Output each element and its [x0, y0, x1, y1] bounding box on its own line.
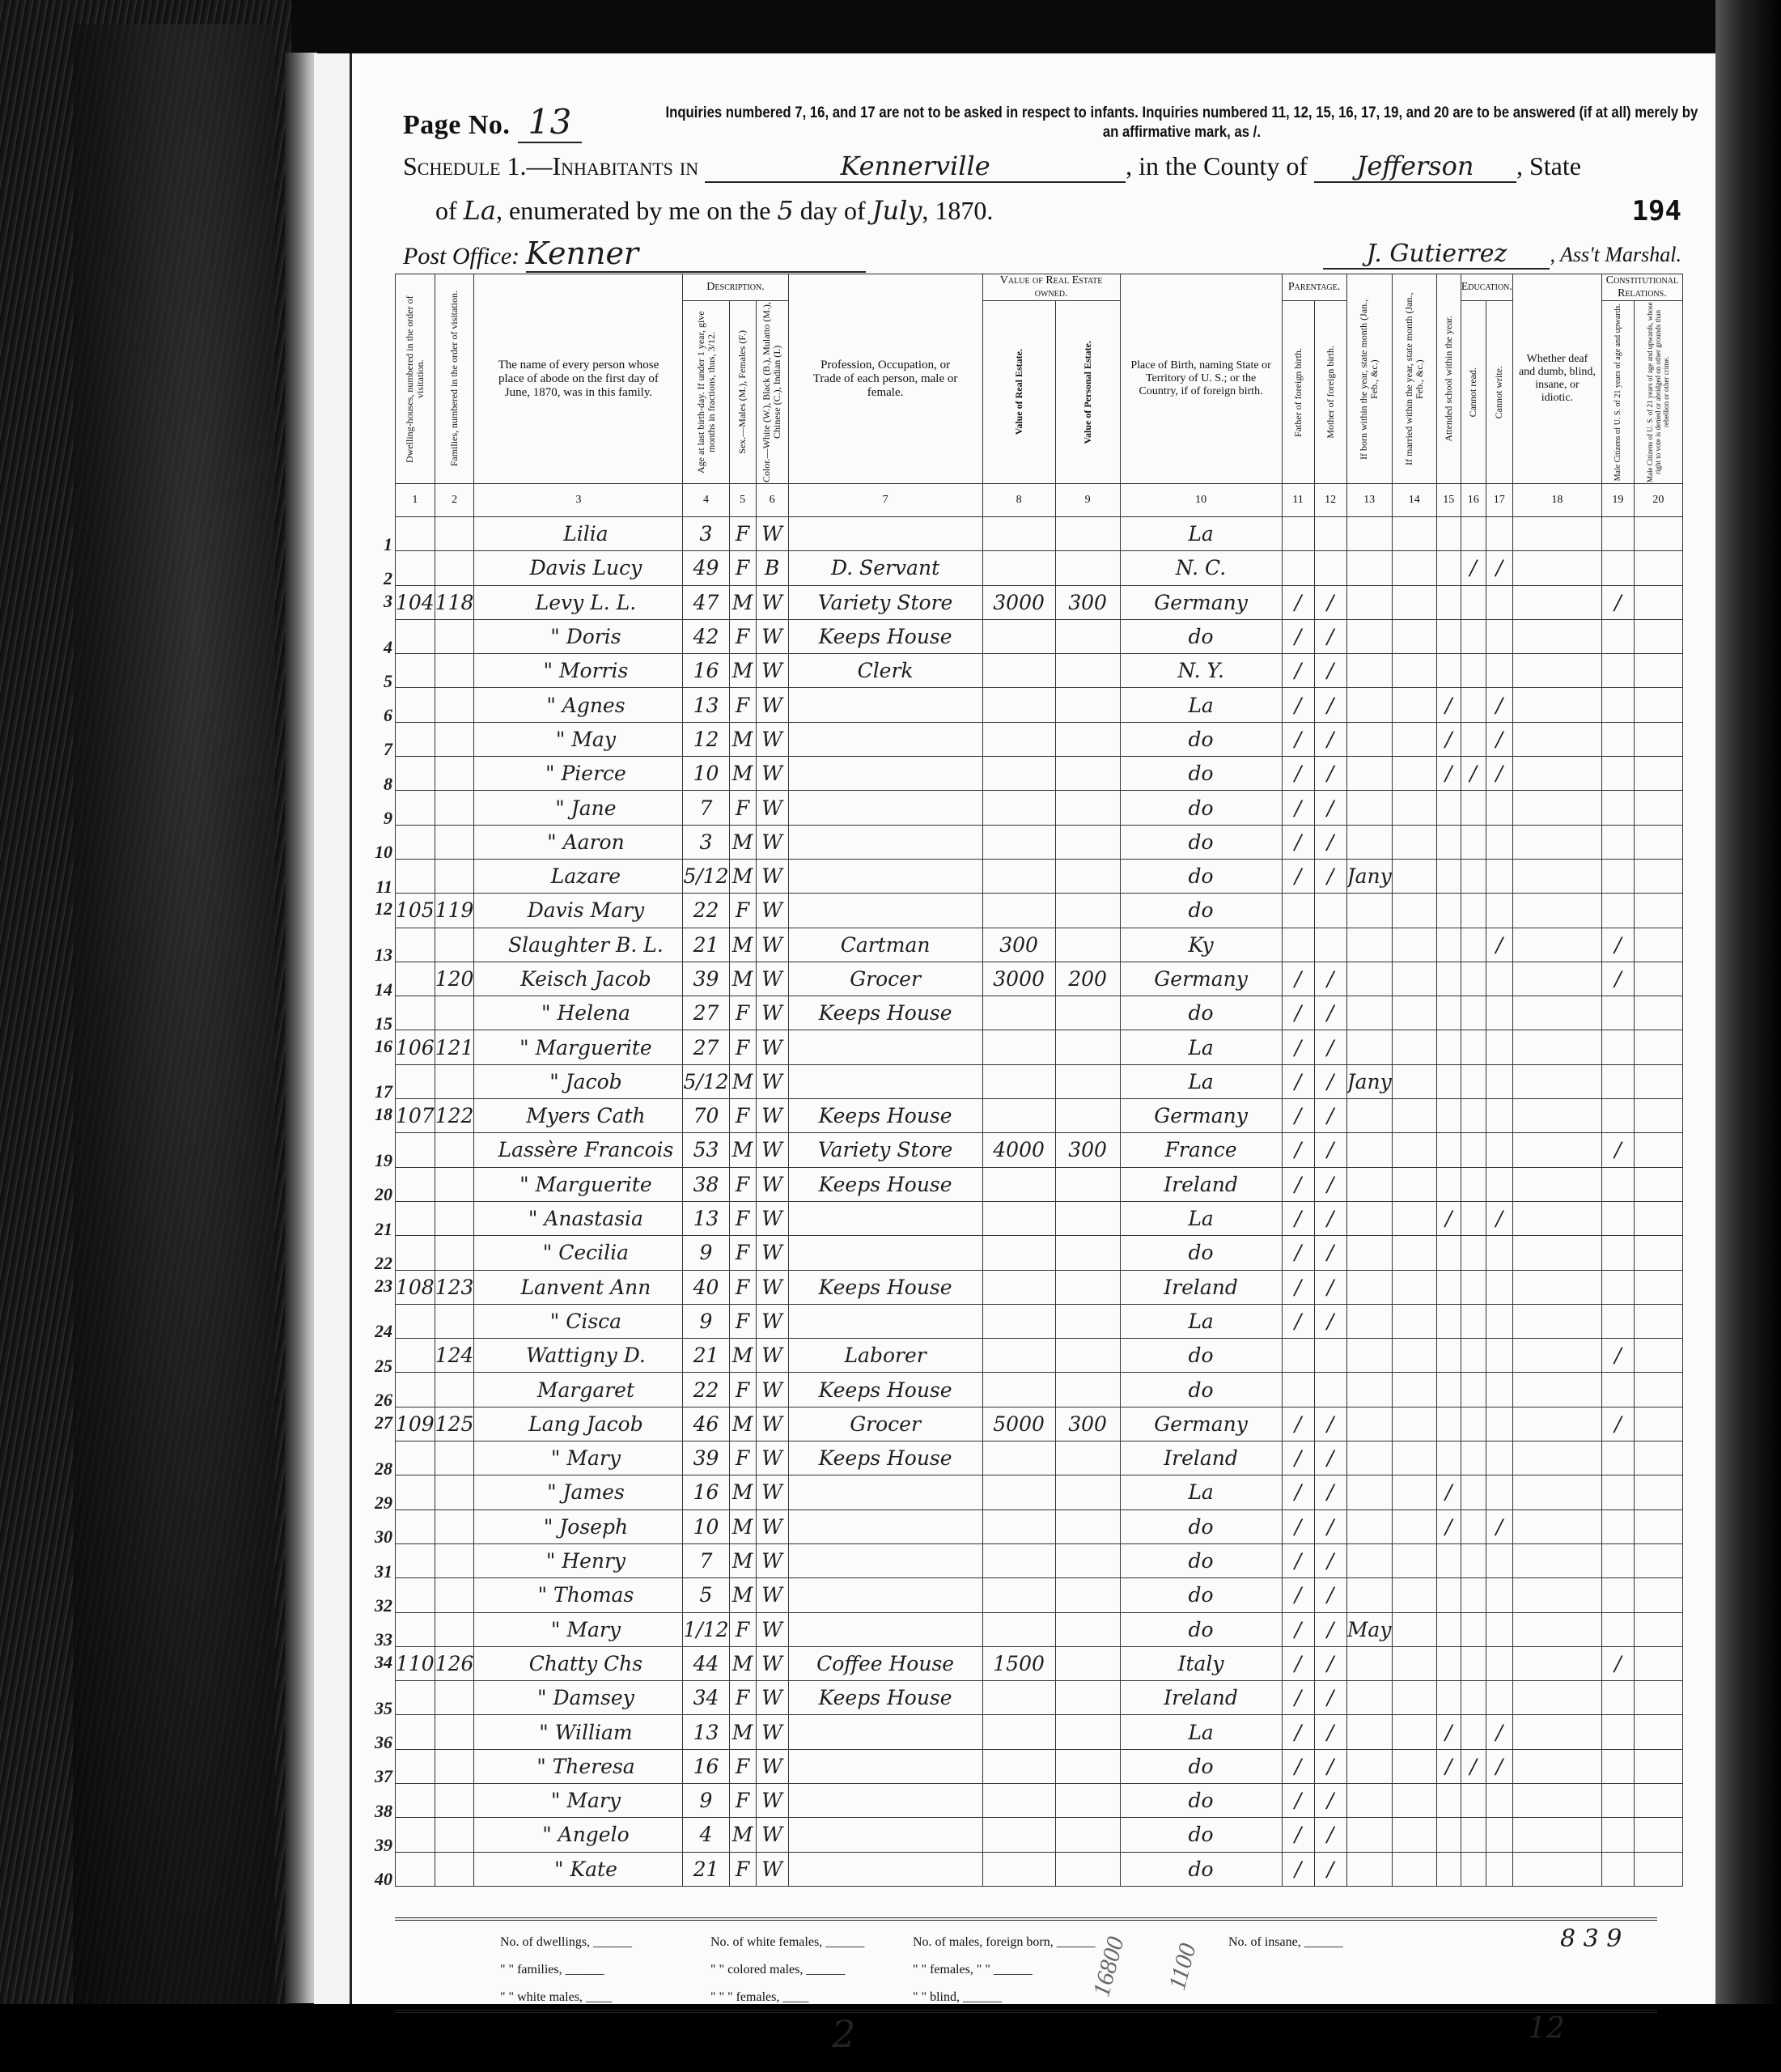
sex-cell: M [729, 722, 756, 756]
occupation-cell [788, 1749, 982, 1783]
personal-estate-value-cell [1055, 1818, 1120, 1852]
age-cell: 40 [683, 1270, 729, 1304]
disability-cell [1512, 688, 1601, 722]
vote-denied-cell [1634, 825, 1682, 859]
occupation-cell: Keeps House [788, 1373, 982, 1407]
column-number: 9 [1055, 484, 1120, 517]
disability-cell [1512, 517, 1601, 551]
color-cell: W [756, 619, 788, 653]
birthplace-cell: do [1120, 619, 1282, 653]
cannot-read-cell [1461, 1715, 1486, 1749]
occupation-cell [788, 722, 982, 756]
cannot-write-cell [1486, 1818, 1512, 1852]
born-within-year-cell [1346, 1475, 1392, 1509]
personal-estate-value-cell [1055, 1509, 1120, 1543]
group-header-parentage: Parentage. [1282, 274, 1346, 301]
disability-cell [1512, 722, 1601, 756]
disability-cell [1512, 1509, 1601, 1543]
family-number-cell [435, 825, 474, 859]
person-name-cell: " James [474, 1475, 683, 1509]
mother-foreign-cell [1314, 894, 1346, 928]
cannot-write-cell: / [1486, 722, 1512, 756]
vote-denied-cell [1634, 1270, 1682, 1304]
disability-cell [1512, 1270, 1601, 1304]
mother-foreign-cell: / [1314, 1167, 1346, 1201]
attended-school-cell [1436, 962, 1461, 996]
male-citizen-cell [1601, 654, 1634, 688]
vote-denied-cell [1634, 517, 1682, 551]
cannot-read-cell [1461, 1646, 1486, 1680]
father-foreign-cell [1282, 928, 1314, 962]
right-film-edge [1715, 0, 1781, 2072]
dwelling-number-cell: 28 [396, 1441, 435, 1475]
age-cell: 5/12 [683, 859, 729, 893]
cannot-read-cell [1461, 1064, 1486, 1098]
cannot-read-cell [1461, 1681, 1486, 1715]
age-cell: 10 [683, 757, 729, 791]
col-header-disability: Whether deaf and dumb, blind, insane, or… [1512, 274, 1601, 484]
page-summary: No. of dwellings, ______ " " families, _… [395, 1917, 1657, 2013]
cannot-read-cell [1461, 1099, 1486, 1133]
born-within-year-cell: May [1346, 1612, 1392, 1646]
occupation-cell [788, 1783, 982, 1817]
cannot-write-cell: / [1486, 1509, 1512, 1543]
personal-estate-value-cell [1055, 1715, 1120, 1749]
table-row: 6" Agnes13FWLa//// [396, 688, 1683, 722]
table-row: 1043118Levy L. L.47MWVariety Store300030… [396, 585, 1683, 619]
person-name-cell: " Morris [474, 654, 683, 688]
summary-colored-males-label: " " colored males, [710, 1963, 803, 1976]
dwelling-number-cell: 14 [396, 962, 435, 996]
disability-cell [1512, 551, 1601, 585]
cannot-write-cell [1486, 585, 1512, 619]
cannot-write-cell [1486, 962, 1512, 996]
birthplace-cell: La [1120, 1304, 1282, 1338]
family-number-cell [435, 722, 474, 756]
occupation-cell [788, 894, 982, 928]
family-number-cell [435, 1578, 474, 1612]
father-foreign-cell: / [1282, 585, 1314, 619]
personal-estate-value-cell [1055, 1339, 1120, 1373]
family-number-cell [435, 1818, 474, 1852]
group-header-constitutional: Constitutional Relations. [1601, 274, 1682, 301]
cannot-read-cell: / [1461, 1749, 1486, 1783]
born-within-year-cell: Jany [1346, 859, 1392, 893]
cannot-write-cell: / [1486, 1201, 1512, 1235]
sex-cell: M [729, 757, 756, 791]
sex-cell: M [729, 825, 756, 859]
color-cell: W [756, 928, 788, 962]
cannot-write-cell [1486, 1030, 1512, 1064]
birthplace-cell: do [1120, 1783, 1282, 1817]
mother-foreign-cell: / [1314, 1099, 1346, 1133]
table-row: 22" Cecilia9FWdo// [396, 1236, 1683, 1270]
table-row: 33" Mary1/12FWdo//May [396, 1612, 1683, 1646]
real-estate-value-cell [982, 1578, 1055, 1612]
line-number-left: 36 [375, 1732, 392, 1753]
mother-foreign-cell: / [1314, 1407, 1346, 1441]
table-row: 32" Thomas5MWdo// [396, 1578, 1683, 1612]
father-foreign-cell: / [1282, 1646, 1314, 1680]
father-foreign-cell: / [1282, 859, 1314, 893]
census-page: Page No.13 Inquiries numbered 7, 16, and… [314, 53, 1715, 2004]
married-within-year-cell [1392, 1339, 1436, 1373]
married-within-year-cell [1392, 1167, 1436, 1201]
mother-foreign-cell: / [1314, 1715, 1346, 1749]
cannot-read-cell [1461, 1543, 1486, 1577]
footer-mark-right: 12 [1528, 2012, 1565, 2045]
born-within-year-cell [1346, 1201, 1392, 1235]
married-within-year-cell [1392, 1578, 1436, 1612]
line-number-left: 7 [375, 739, 392, 760]
father-foreign-cell: / [1282, 1749, 1314, 1783]
cannot-write-cell [1486, 1064, 1512, 1098]
sex-cell: M [729, 654, 756, 688]
real-estate-value-cell [982, 1441, 1055, 1475]
tally-write: 9 [1606, 1925, 1622, 1953]
real-estate-value-cell [982, 1030, 1055, 1064]
married-within-year-cell [1392, 1407, 1436, 1441]
person-name-cell: " Marguerite [474, 1167, 683, 1201]
sex-cell: F [729, 1167, 756, 1201]
attended-school-cell [1436, 1133, 1461, 1167]
line-number-left: 11 [375, 877, 392, 898]
vote-denied-cell [1634, 1646, 1682, 1680]
cannot-read-cell [1461, 1167, 1486, 1201]
real-estate-value-cell [982, 1543, 1055, 1577]
person-name-cell: " Theresa [474, 1749, 683, 1783]
personal-estate-value-cell [1055, 1441, 1120, 1475]
birthplace-cell: La [1120, 517, 1282, 551]
mother-foreign-cell: / [1314, 1783, 1346, 1817]
dwelling-number-cell: 13 [396, 928, 435, 962]
family-number-cell [435, 996, 474, 1030]
attended-school-cell: / [1436, 1749, 1461, 1783]
born-within-year-cell [1346, 1749, 1392, 1783]
married-within-year-cell [1392, 1612, 1436, 1646]
cannot-write-cell [1486, 1339, 1512, 1373]
cannot-write-cell: / [1486, 1715, 1512, 1749]
born-within-year-cell [1346, 1270, 1392, 1304]
column-number: 1 [396, 484, 435, 517]
vote-denied-cell [1634, 859, 1682, 893]
born-within-year-cell [1346, 722, 1392, 756]
person-name-cell: " Anastasia [474, 1201, 683, 1235]
real-estate-value-cell [982, 1201, 1055, 1235]
disability-cell [1512, 1441, 1601, 1475]
color-cell: W [756, 585, 788, 619]
attended-school-cell [1436, 1099, 1461, 1133]
married-within-year-cell [1392, 619, 1436, 653]
male-citizen-cell [1601, 551, 1634, 585]
occupation-cell [788, 1543, 982, 1577]
table-row: 20" Marguerite38FWKeeps HouseIreland// [396, 1167, 1683, 1201]
vote-denied-cell [1634, 1441, 1682, 1475]
sex-cell: F [729, 1749, 756, 1783]
summary-col-c: No. of males, foreign born, ______ " " f… [913, 1929, 1096, 2011]
table-row: 10512119Davis Mary22FWdo [396, 894, 1683, 928]
personal-estate-value-cell: 300 [1055, 585, 1120, 619]
married-within-year-cell [1392, 551, 1436, 585]
occupation-cell [788, 757, 982, 791]
line-number-left: 28 [375, 1458, 392, 1480]
attended-school-cell [1436, 1270, 1461, 1304]
born-within-year-cell [1346, 1373, 1392, 1407]
father-foreign-cell: / [1282, 1852, 1314, 1886]
table-row: 2Davis Lucy49FBD. ServantN. C.// [396, 551, 1683, 585]
real-estate-value-cell [982, 551, 1055, 585]
col-header-male-citizens: Male Citizens of U. S. of 21 years of ag… [1601, 301, 1634, 484]
column-number: 18 [1512, 484, 1601, 517]
dwelling-number-cell: 29 [396, 1475, 435, 1509]
county-label: , in the County of [1126, 151, 1308, 180]
married-within-year-cell [1392, 1373, 1436, 1407]
attended-school-cell: / [1436, 688, 1461, 722]
census-table: Dwelling-houses, numbered in the order o… [395, 274, 1683, 1887]
schedule-line: Schedule 1.—Inhabitants in Kennerville, … [403, 151, 1706, 183]
census-rows: 1Lilia3FWLa2Davis Lucy49FBD. ServantN. C… [396, 517, 1683, 1887]
birthplace-cell: do [1120, 1818, 1282, 1852]
age-cell: 13 [683, 1715, 729, 1749]
married-within-year-cell [1392, 791, 1436, 825]
day-of-label: day of [800, 196, 866, 225]
birthplace-cell: France [1120, 1133, 1282, 1167]
sex-cell: F [729, 1099, 756, 1133]
personal-estate-value-cell [1055, 1681, 1120, 1715]
line-number-left: 25 [375, 1356, 392, 1377]
married-within-year-cell [1392, 996, 1436, 1030]
vote-denied-cell [1634, 585, 1682, 619]
real-estate-value-cell: 4000 [982, 1133, 1055, 1167]
age-cell: 5/12 [683, 1064, 729, 1098]
family-number-cell: 125 [435, 1407, 474, 1441]
age-cell: 44 [683, 1646, 729, 1680]
disability-cell [1512, 1236, 1601, 1270]
column-number: 17 [1486, 484, 1512, 517]
mother-foreign-cell [1314, 928, 1346, 962]
occupation-cell: Keeps House [788, 1441, 982, 1475]
real-estate-value-cell [982, 517, 1055, 551]
line-number-left: 14 [375, 979, 392, 1000]
col-header-dwelling: Dwelling-houses, numbered in the order o… [396, 274, 435, 484]
birthplace-cell: do [1120, 1852, 1282, 1886]
person-name-cell: " Mary [474, 1612, 683, 1646]
line-number-left: 6 [375, 705, 392, 726]
col-header-mother-foreign: Mother of foreign birth. [1314, 301, 1346, 484]
sex-cell: M [729, 1509, 756, 1543]
line-number-left: 35 [375, 1698, 392, 1719]
sex-cell: F [729, 1270, 756, 1304]
col-header-personal-estate: Value of Personal Estate. [1055, 301, 1120, 484]
sex-cell: M [729, 1578, 756, 1612]
male-citizen-cell [1601, 722, 1634, 756]
cannot-read-cell: / [1461, 551, 1486, 585]
age-cell: 13 [683, 1201, 729, 1235]
family-number-cell [435, 1543, 474, 1577]
age-cell: 34 [683, 1681, 729, 1715]
attended-school-cell [1436, 585, 1461, 619]
father-foreign-cell: / [1282, 1133, 1314, 1167]
color-cell: W [756, 859, 788, 893]
cannot-read-cell [1461, 1818, 1486, 1852]
col-header-birthplace: Place of Birth, naming State or Territor… [1120, 274, 1282, 484]
color-cell: W [756, 757, 788, 791]
color-cell: W [756, 1475, 788, 1509]
mother-foreign-cell: / [1314, 996, 1346, 1030]
birthplace-cell: La [1120, 688, 1282, 722]
vote-denied-cell [1634, 894, 1682, 928]
vote-denied-cell [1634, 722, 1682, 756]
attended-school-cell [1436, 928, 1461, 962]
schedule-label: Schedule 1.—Inhabitants in [403, 151, 698, 180]
family-number-cell [435, 1749, 474, 1783]
cannot-write-cell [1486, 654, 1512, 688]
real-estate-value-cell [982, 722, 1055, 756]
mother-foreign-cell: / [1314, 1133, 1346, 1167]
line-number-left: 38 [375, 1801, 392, 1822]
county-value: Jefferson [1314, 151, 1516, 183]
father-foreign-cell [1282, 517, 1314, 551]
mother-foreign-cell: / [1314, 859, 1346, 893]
born-within-year-cell [1346, 894, 1392, 928]
occupation-cell [788, 1030, 982, 1064]
cannot-write-cell [1486, 1099, 1512, 1133]
person-name-cell: Lilia [474, 517, 683, 551]
disability-cell [1512, 1167, 1601, 1201]
page-no-value: 13 [518, 102, 581, 143]
father-foreign-cell [1282, 1339, 1314, 1373]
married-within-year-cell [1392, 1749, 1436, 1783]
cannot-read-cell [1461, 517, 1486, 551]
age-cell: 47 [683, 585, 729, 619]
color-cell: W [756, 1646, 788, 1680]
cannot-write-cell [1486, 1578, 1512, 1612]
table-row: 10616121" Marguerite27FWLa// [396, 1030, 1683, 1064]
family-number-cell [435, 688, 474, 722]
line-number-left: 12 [375, 898, 392, 919]
birthplace-cell: do [1120, 791, 1282, 825]
sex-cell: M [729, 1133, 756, 1167]
personal-estate-value-cell [1055, 1270, 1120, 1304]
person-name-cell: " William [474, 1715, 683, 1749]
birthplace-cell: Ireland [1120, 1270, 1282, 1304]
tally-school: 8 [1560, 1925, 1575, 1953]
line-number-left: 22 [375, 1253, 392, 1274]
vote-denied-cell [1634, 1373, 1682, 1407]
personal-estate-value-cell [1055, 1749, 1120, 1783]
age-cell: 7 [683, 791, 729, 825]
attended-school-cell [1436, 551, 1461, 585]
real-estate-value-cell [982, 1509, 1055, 1543]
attended-school-cell [1436, 517, 1461, 551]
dwelling-number-cell: 22 [396, 1236, 435, 1270]
born-within-year-cell [1346, 928, 1392, 962]
column-number: 20 [1634, 484, 1682, 517]
cannot-read-cell [1461, 1852, 1486, 1886]
vote-denied-cell [1634, 1578, 1682, 1612]
line-number-left: 20 [375, 1184, 392, 1205]
attended-school-cell [1436, 1339, 1461, 1373]
table-row: 30" Joseph10MWdo//// [396, 1509, 1683, 1543]
summary-col-a: No. of dwellings, ______ " " families, _… [500, 1929, 632, 2011]
group-header-value: Value of Real Estate owned. [982, 274, 1120, 301]
table-row: 10823123Lanvent Ann40FWKeeps HouseIrelan… [396, 1270, 1683, 1304]
occupation-cell: Keeps House [788, 1167, 982, 1201]
age-cell: 10 [683, 1509, 729, 1543]
birthplace-cell: do [1120, 1339, 1282, 1373]
color-cell: W [756, 825, 788, 859]
personal-estate-value-cell [1055, 1612, 1120, 1646]
male-citizen-cell [1601, 1749, 1634, 1783]
dwelling-number-cell: 10 [396, 825, 435, 859]
attended-school-cell: / [1436, 1715, 1461, 1749]
dwelling-number-cell: 10616 [396, 1030, 435, 1064]
real-estate-value-cell [982, 996, 1055, 1030]
age-cell: 13 [683, 688, 729, 722]
cannot-read-cell [1461, 654, 1486, 688]
line-number-left: 15 [375, 1013, 392, 1034]
birthplace-cell: Ireland [1120, 1681, 1282, 1715]
dwelling-number-cell: 37 [396, 1749, 435, 1783]
line-number-left: 27 [375, 1412, 392, 1433]
disability-cell [1512, 1715, 1601, 1749]
vote-denied-cell [1634, 1852, 1682, 1886]
line-number-left: 30 [375, 1526, 392, 1548]
cannot-read-cell [1461, 585, 1486, 619]
vote-denied-cell [1634, 1715, 1682, 1749]
cannot-write-cell [1486, 894, 1512, 928]
sex-cell: F [729, 1783, 756, 1817]
real-estate-value-cell: 1500 [982, 1646, 1055, 1680]
age-cell: 46 [683, 1407, 729, 1441]
footer-mark-left: 2 [832, 2012, 855, 2056]
family-number-cell [435, 1236, 474, 1270]
cannot-read-cell [1461, 1407, 1486, 1441]
disability-cell [1512, 962, 1601, 996]
table-row: 10718122Myers Cath70FWKeeps HouseGermany… [396, 1099, 1683, 1133]
table-row: 5" Morris16MWClerkN. Y.// [396, 654, 1683, 688]
attended-school-cell: / [1436, 757, 1461, 791]
birthplace-cell: do [1120, 825, 1282, 859]
year-value: , 1870. [922, 196, 993, 225]
born-within-year-cell [1346, 1304, 1392, 1338]
column-number: 3 [474, 484, 683, 517]
sex-cell: M [729, 1646, 756, 1680]
mother-foreign-cell [1314, 1339, 1346, 1373]
occupation-cell: Keeps House [788, 996, 982, 1030]
color-cell: W [756, 1783, 788, 1817]
color-cell: W [756, 1818, 788, 1852]
disability-cell [1512, 1133, 1601, 1167]
cannot-read-cell [1461, 1030, 1486, 1064]
personal-estate-value-cell [1055, 722, 1120, 756]
person-name-cell: Keisch Jacob [474, 962, 683, 996]
family-number-cell [435, 1475, 474, 1509]
vote-denied-cell [1634, 1030, 1682, 1064]
color-cell: W [756, 1304, 788, 1338]
real-estate-value-cell [982, 1373, 1055, 1407]
table-row: 17" Jacob5/12MWLa//Jany [396, 1064, 1683, 1098]
birthplace-cell: Germany [1120, 1099, 1282, 1133]
dwelling-number-cell: 21 [396, 1201, 435, 1235]
color-cell: W [756, 962, 788, 996]
mother-foreign-cell: / [1314, 722, 1346, 756]
table-row: 35" Damsey34FWKeeps HouseIreland// [396, 1681, 1683, 1715]
married-within-year-cell [1392, 825, 1436, 859]
column-number: 19 [1601, 484, 1634, 517]
father-foreign-cell: / [1282, 1201, 1314, 1235]
tally-read: 3 [1584, 1925, 1599, 1953]
